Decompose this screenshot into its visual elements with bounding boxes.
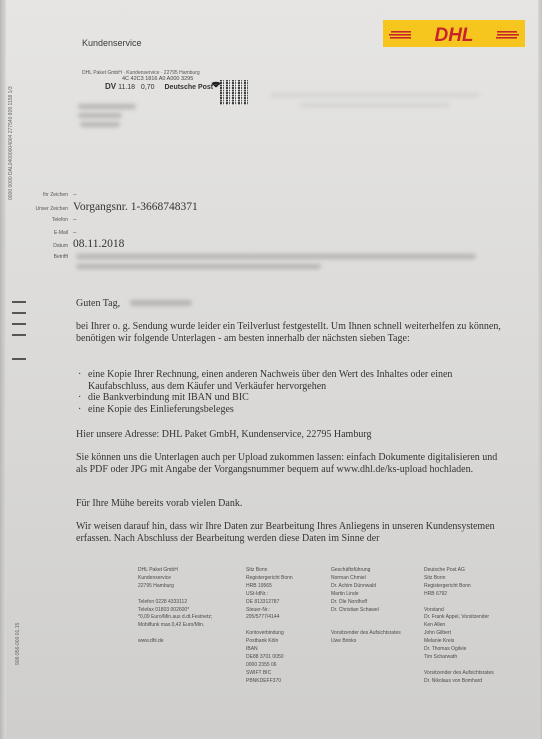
footer-line: Mobilfunk max.0,42 Euro/Min. (138, 622, 212, 630)
footer-line: Deutsche Post AG (424, 567, 494, 575)
footer-line: DHL Paket GmbH (138, 567, 212, 575)
footer-line: Sitz Bonn (424, 575, 494, 583)
fold-mark (12, 334, 26, 336)
footer-line: DE88 3701 0050 (246, 654, 293, 662)
show-through-text (270, 93, 480, 97)
footer-line (138, 591, 212, 599)
side-code-top: 0000 0000 DAL04000004004 277540 809 1158… (8, 86, 14, 200)
paper-edge (538, 0, 542, 739)
footer-line: HRB 6792 (424, 591, 494, 599)
footer-line: Martin Linde (331, 591, 401, 599)
intro-paragraph: bei Ihrer o. g. Sendung wurde leider ein… (76, 321, 511, 344)
franking-prefix: DV (105, 82, 116, 91)
franking-mark: DV 11.18 0,70 Deutsche Post (105, 82, 213, 91)
footer-line: Dr. Nikolaus von Bomhard (424, 678, 494, 686)
footer-line: Steuer-Nr.: (246, 607, 293, 615)
footer-line: *0,09 Euro/Min.aus d.dt.Festnetz; (138, 614, 212, 622)
fold-mark (12, 312, 26, 314)
footer-line: Dr. Frank Appel, Vorsitzender (424, 614, 494, 622)
footer-contact: DHL Paket GmbHKundenservice22795 Hamburg… (138, 567, 212, 646)
redacted-recipient-street (78, 113, 122, 118)
datamatrix-code (220, 80, 248, 105)
footer-parent-company: Deutsche Post AGSitz BonnRegistergericht… (424, 567, 494, 686)
fold-mark (12, 323, 26, 325)
footer-line (138, 630, 212, 638)
ref-your-sign: Ihr Zeichen – (20, 190, 77, 198)
footer-line: Dr. Ole Nordhoff (331, 599, 401, 607)
fold-mark (12, 358, 26, 360)
footer-line: 22795 Hamburg (138, 583, 212, 591)
show-through-text (300, 103, 450, 107)
ref-date: Datum 08.11.2018 (20, 238, 124, 250)
footer-line: DE 813312787 (246, 599, 293, 607)
footer-line: Melanie Kreis (424, 638, 494, 646)
footer-line: Sitz Bonn (246, 567, 293, 575)
footer-line (424, 662, 494, 670)
footer-line: SWIFT BIC (246, 670, 293, 678)
footer-line: Geschäftsführung (331, 567, 401, 575)
thanks-line: Für Ihre Mühe bereits vorab vielen Dank. (76, 498, 516, 510)
ref-our-sign: Unser Zeichen Vorgangsnr. 1-3668748371 (20, 201, 198, 213)
footer-registry: Sitz BonnRegistergericht BonnHRB 19565US… (246, 567, 293, 686)
footer-line (331, 614, 401, 622)
ref-phone: Telefon – (20, 215, 77, 223)
footer-line: USt-IdNr.: (246, 591, 293, 599)
address-line: Hier unsere Adresse: DHL Paket GmbH, Kun… (76, 429, 516, 441)
footer-line: Dr. Achim Dünnwald (331, 583, 401, 591)
footer-line: www.dhl.de (138, 638, 212, 646)
footer-line: Vorstand (424, 607, 494, 615)
list-item: ·die Bankverbindung mit IBAN und BIC (78, 392, 508, 404)
redacted-recipient-city (80, 122, 120, 127)
footer-line: Registergericht Bonn (424, 583, 494, 591)
footer-line: Kontoverbindung (246, 630, 293, 638)
list-item: ·eine Kopie des Einlieferungsbeleges (78, 404, 508, 416)
footer-line: Telefon 0228 4333112 (138, 599, 212, 607)
footer-line: John Gilbert (424, 630, 494, 638)
footer-management: GeschäftsführungNorman ChmielDr. Achim D… (331, 567, 401, 646)
franking-amount: 0,70 (141, 84, 155, 91)
footer-line: Vorsitzender des Aufsichtsrates (424, 670, 494, 678)
required-documents-list: ·eine Kopie Ihrer Rechnung, einen andere… (78, 369, 508, 415)
upload-paragraph: Sie können uns die Unterlagen auch per U… (76, 452, 501, 475)
fold-mark (12, 301, 26, 303)
paper-edge (0, 0, 6, 739)
footer-line: Telefax 01803 002600* (138, 607, 212, 615)
ref-email: E-Mail – (20, 228, 77, 236)
footer-line: HRB 19565 (246, 583, 293, 591)
redacted-name (130, 300, 192, 306)
franking-date: 11.18 (118, 84, 135, 91)
redacted-subject-line2 (76, 264, 321, 269)
footer-line: Tim Scharwath (424, 654, 494, 662)
footer-line (424, 599, 494, 607)
redacted-subject-line1 (76, 254, 476, 259)
footer-line: Registergericht Bonn (246, 575, 293, 583)
case-number: Vorgangsnr. 1-3668748371 (73, 201, 198, 213)
footer-line: Vorsitzender des Aufsichtsrates (331, 630, 401, 638)
footer-line: PBNKDEFF370 (246, 678, 293, 686)
footer-line: Norman Chmiel (331, 575, 401, 583)
footer-line: Uwe Brinks (331, 638, 401, 646)
footer-line: Ken Allen (424, 622, 494, 630)
footer-line: 205/5777/4144 (246, 614, 293, 622)
dhl-logo: DHL (383, 20, 525, 47)
footer-line: Dr. Christian Schawel (331, 607, 401, 615)
side-code-bottom: 908-956-000 01.15 (15, 623, 21, 665)
privacy-paragraph: Wir weisen darauf hin, dass wir Ihre Dat… (76, 521, 501, 544)
franking-carrier: Deutsche Post (165, 84, 214, 91)
ref-subject: Betrifft (20, 254, 73, 260)
dhl-logo-icon: DHL (389, 24, 519, 44)
department-heading: Kundenservice (82, 38, 142, 48)
list-item: ·eine Kopie Ihrer Rechnung, einen andere… (78, 369, 508, 392)
footer-line: IBAN (246, 646, 293, 654)
svg-text:DHL: DHL (434, 25, 473, 44)
letter-date: 08.11.2018 (73, 238, 124, 250)
footer-line: Dr. Thomas Ogilvie (424, 646, 494, 654)
footer-line: Postbank Köln (246, 638, 293, 646)
footer-line (246, 622, 293, 630)
footer-line (331, 622, 401, 630)
redacted-recipient-name (78, 104, 136, 109)
footer-line: 0000 2355 06 (246, 662, 293, 670)
footer-line: Kundenservice (138, 575, 212, 583)
